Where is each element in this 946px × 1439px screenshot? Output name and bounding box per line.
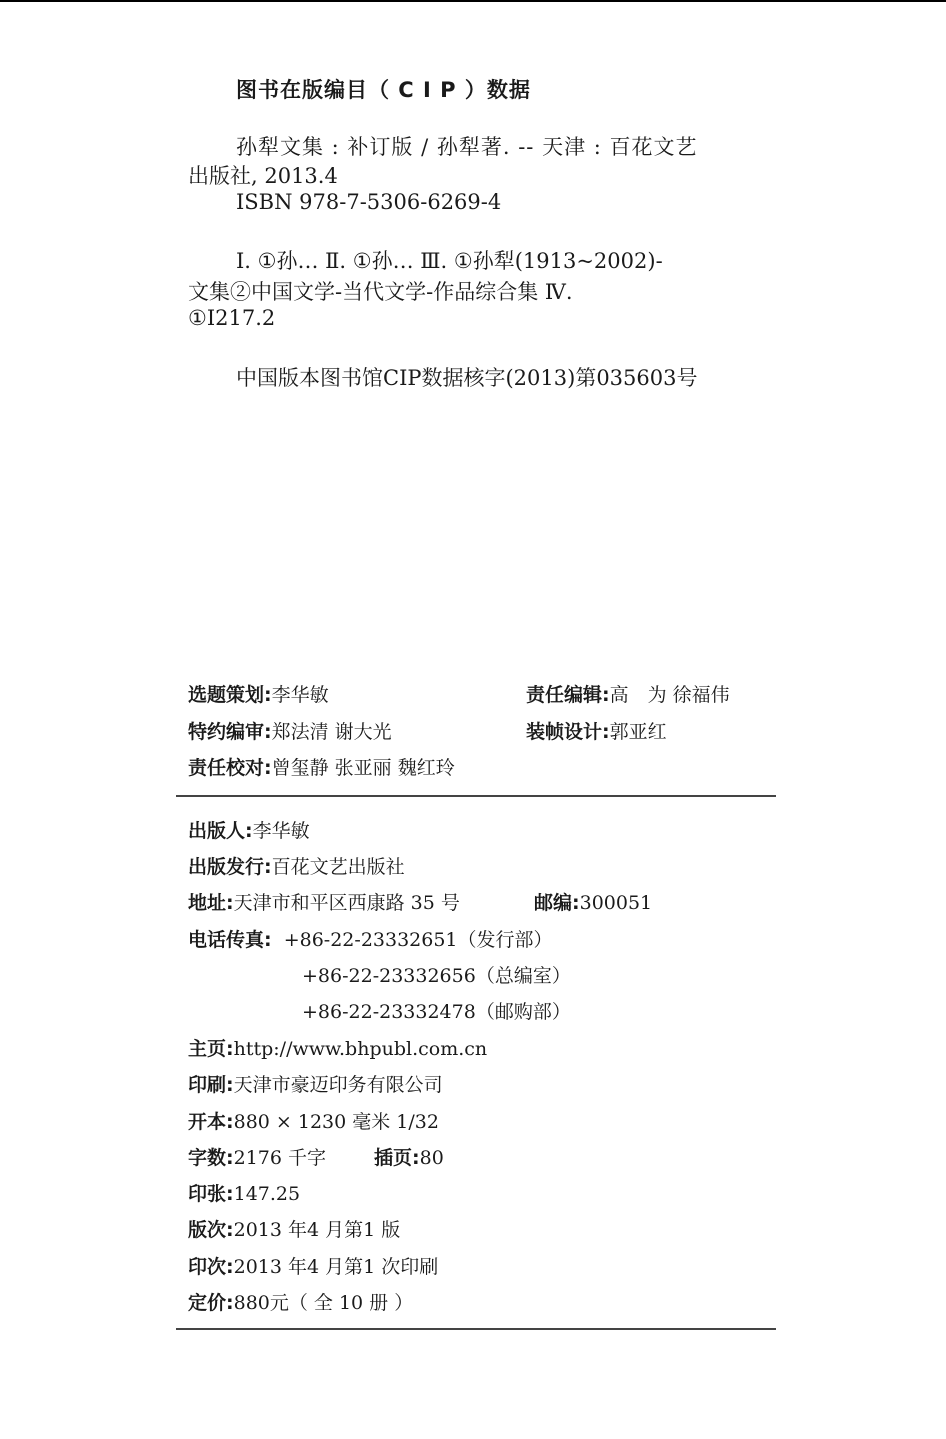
credit-label: 责任编辑: <box>526 684 610 706</box>
info-label: 出版发行: <box>188 856 272 878</box>
credit-designer: 装帧设计:郭亚红 <box>526 717 667 744</box>
credit-label: 选题策划: <box>188 684 272 706</box>
info-value: 147.25 <box>234 1183 300 1205</box>
info-word-count: 字数:2176 千字 <box>188 1143 326 1170</box>
info-phone: 电话传真: +86-22-23332651（发行部） <box>188 925 553 952</box>
credit-label: 责任校对: <box>188 757 272 779</box>
credit-value: 李华敏 <box>272 684 329 706</box>
info-label: 印刷: <box>188 1074 234 1096</box>
credit-label: 特约编审: <box>188 721 272 743</box>
info-address: 地址:天津市和平区西康路 35 号 <box>188 888 460 915</box>
cip-classification: ①I217.2 <box>188 306 275 330</box>
info-phone-3: +86-22-23332478（邮购部） <box>302 997 571 1024</box>
info-value: 2013 年4 月第1 版 <box>234 1219 401 1241</box>
info-label: 主页: <box>188 1038 234 1060</box>
divider <box>176 795 776 797</box>
info-homepage: 主页:http://www.bhpubl.com.cn <box>188 1034 487 1061</box>
divider <box>176 1328 776 1330</box>
info-label: 插页: <box>374 1147 420 1169</box>
info-insert-pages: 插页:80 <box>374 1143 444 1170</box>
info-label: 电话传真: <box>188 929 272 951</box>
cip-line: 孙犁文集 : 补订版 / 孙犁著. -- 天津 : 百花文艺 <box>236 131 698 161</box>
cip-classification: Ⅰ. ①孙… Ⅱ. ①孙… Ⅲ. ①孙犁(1913~2002)- <box>236 245 663 275</box>
info-label: 印张: <box>188 1183 234 1205</box>
cip-classification: 文集②中国文学-当代文学-作品综合集 Ⅳ. <box>188 276 573 306</box>
info-price: 定价:880元（ 全 10 册 ） <box>188 1288 413 1315</box>
credit-label: 装帧设计: <box>526 721 610 743</box>
info-phone-2: +86-22-23332656（总编室） <box>302 961 571 988</box>
info-label: 印次: <box>188 1256 234 1278</box>
isbn: ISBN 978-7-5306-6269-4 <box>236 190 501 214</box>
credit-reviewer: 特约编审:郑法清 谢大光 <box>188 717 392 744</box>
info-printer: 印刷:天津市豪迈印务有限公司 <box>188 1070 443 1097</box>
credit-proofreader: 责任校对:曾玺静 张亚丽 魏红玲 <box>188 753 455 780</box>
info-value: 300051 <box>580 892 653 914</box>
info-label: 出版人: <box>188 820 253 842</box>
credit-planner: 选题策划:李华敏 <box>188 680 329 707</box>
info-value: 880元（ 全 10 册 ） <box>234 1292 414 1314</box>
cip-record-number: 中国版本图书馆CIP数据核字(2013)第035603号 <box>236 362 698 392</box>
credit-value: 郭亚红 <box>610 721 667 743</box>
info-value: 天津市和平区西康路 35 号 <box>234 892 460 914</box>
cip-heading: 图书在版编目（ C I P ）数据 <box>236 74 531 104</box>
info-value: 百花文艺出版社 <box>272 856 405 878</box>
info-distributor: 出版发行:百花文艺出版社 <box>188 852 405 879</box>
info-value: 880 × 1230 毫米 1/32 <box>234 1111 439 1133</box>
info-value: 2013 年4 月第1 次印刷 <box>234 1256 439 1278</box>
info-value: +86-22-23332651（发行部） <box>284 929 553 951</box>
info-label: 开本: <box>188 1111 234 1133</box>
info-publisher: 出版人:李华敏 <box>188 816 310 843</box>
info-label: 字数: <box>188 1147 234 1169</box>
info-sheets: 印张:147.25 <box>188 1179 300 1206</box>
info-value: 李华敏 <box>253 820 310 842</box>
info-printing: 印次:2013 年4 月第1 次印刷 <box>188 1252 438 1279</box>
info-value: 天津市豪迈印务有限公司 <box>234 1074 443 1096</box>
credit-editor: 责任编辑:高 为 徐福伟 <box>526 680 730 707</box>
homepage-link: http://www.bhpubl.com.cn <box>234 1038 488 1060</box>
credit-value: 高 为 徐福伟 <box>610 684 730 706</box>
top-border <box>0 0 946 2</box>
info-postcode: 邮编:300051 <box>534 888 652 915</box>
info-value: 2176 千字 <box>234 1147 326 1169</box>
info-value: 80 <box>420 1147 444 1169</box>
cip-line: 出版社, 2013.4 <box>188 160 338 190</box>
info-label: 邮编: <box>534 892 580 914</box>
info-edition: 版次:2013 年4 月第1 版 <box>188 1215 400 1242</box>
info-label: 定价: <box>188 1292 234 1314</box>
credit-value: 郑法清 谢大光 <box>272 721 392 743</box>
credit-value: 曾玺静 张亚丽 魏红玲 <box>272 757 455 779</box>
info-label: 地址: <box>188 892 234 914</box>
info-format: 开本:880 × 1230 毫米 1/32 <box>188 1107 439 1134</box>
info-label: 版次: <box>188 1219 234 1241</box>
